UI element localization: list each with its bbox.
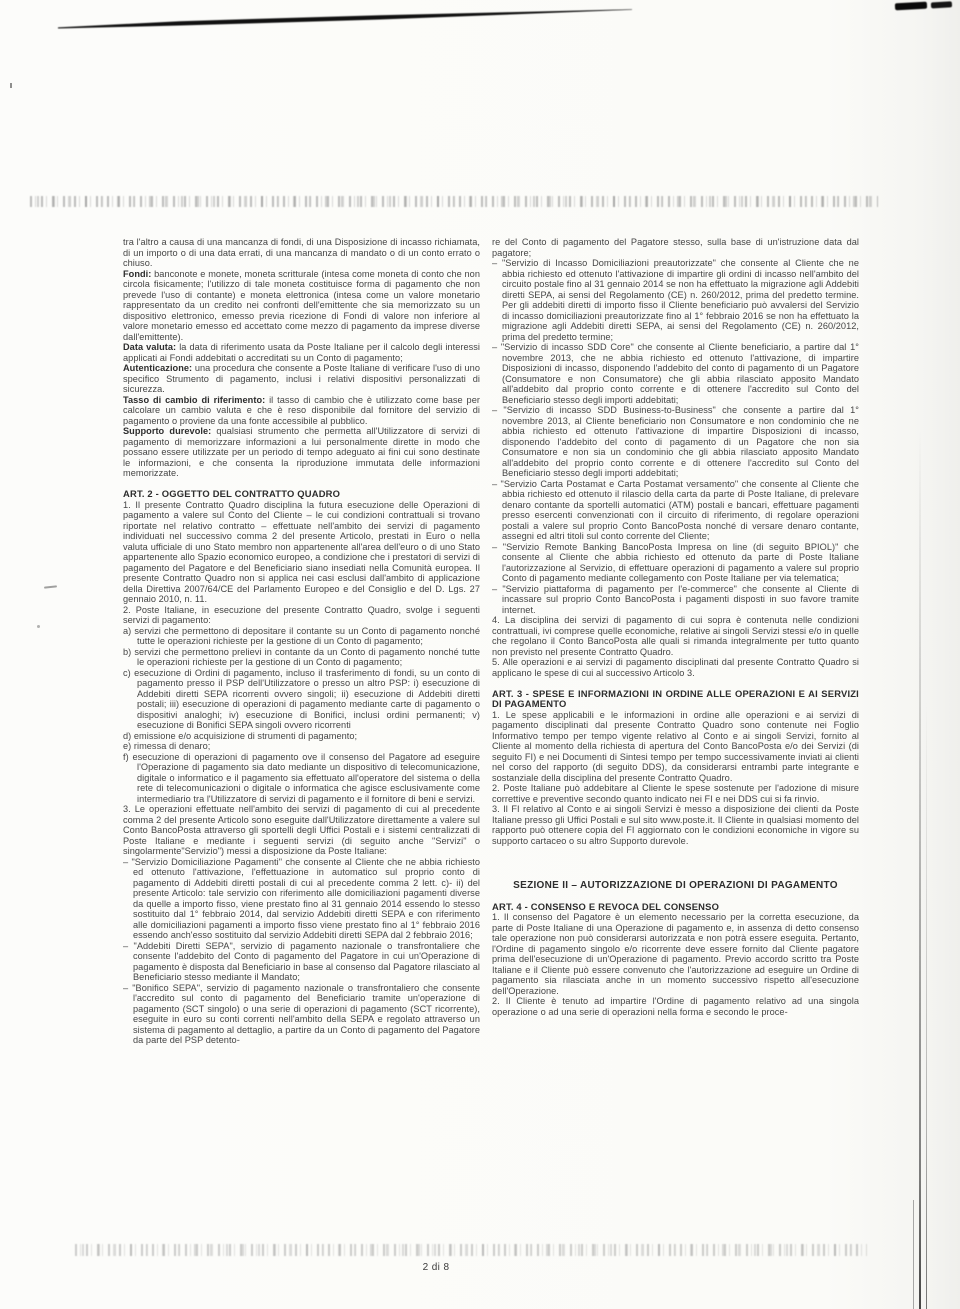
paragraph-continuation: tra l'altro a causa di una mancanza di f… xyxy=(123,237,480,269)
paragraph-art2-comma3: 3. Le operazioni effettuate nell'ambito … xyxy=(123,804,480,857)
heading-art-2: ART. 2 - OGGETTO DEL CONTRATTO QUADRO xyxy=(123,489,480,500)
definition-term: Supporto durevole: xyxy=(123,426,211,436)
definition-term: Data valuta: xyxy=(123,342,176,352)
paragraph-art4-comma2: 2. Il Cliente è tenuto ad impartire l'Or… xyxy=(492,996,859,1017)
definition-autenticazione: Autenticazione: una procedura che consen… xyxy=(123,363,480,395)
definition-fondi: Fondi: banconote e monete, moneta scritt… xyxy=(123,269,480,343)
scan-scratch-right-1 xyxy=(919,430,921,1309)
left-text-column: tra l'altro a causa di una mancanza di f… xyxy=(123,237,480,1046)
paragraph-art3-comma1: 1. Le spese applicabili e le informazion… xyxy=(492,710,859,784)
scan-scratch-right-3 xyxy=(913,1200,914,1309)
paragraph-continuation: re del Conto di pagamento del Pagatore s… xyxy=(492,237,859,258)
definition-term: Autenticazione: xyxy=(123,363,192,373)
scan-scratch-right-2 xyxy=(926,700,927,1309)
service-item-sdd-business: – "Servizio di incasso SDD Business-to-B… xyxy=(492,405,859,479)
right-text-column: re del Conto di pagamento del Pagatore s… xyxy=(492,237,859,1017)
list-item-a: a) servizi che permettono di depositare … xyxy=(123,626,480,647)
heading-art-4: ART. 4 - CONSENSO E REVOCA DEL CONSENSO xyxy=(492,902,859,913)
definition-body: la data di riferimento usata da Poste It… xyxy=(123,342,480,363)
service-item-bonifico-sepa: – "Bonifico SEPA", servizio di pagamento… xyxy=(123,983,480,1046)
definition-data-valuta: Data valuta: la data di riferimento usat… xyxy=(123,342,480,363)
heading-art-3: ART. 3 - SPESE E INFORMAZIONI IN ORDINE … xyxy=(492,689,859,710)
paragraph-art2-comma1: 1. Il presente Contratto Quadro discipli… xyxy=(123,500,480,605)
definition-term: Fondi: xyxy=(123,269,151,279)
page-number: 2 di 8 xyxy=(0,1262,872,1273)
scan-margin-speck xyxy=(10,83,12,88)
definition-body: banconote e monete, moneta scritturale (… xyxy=(123,269,480,342)
list-item-e: e) rimessa di denaro; xyxy=(123,741,480,752)
service-item-incasso-domiciliazioni: – "Servizio di Incasso Domiciliazioni pr… xyxy=(492,258,859,342)
list-item-b: b) servizi che permettono prelievi in co… xyxy=(123,647,480,668)
service-item-ecommerce: – "Servizio piattaforma di pagamento per… xyxy=(492,584,859,616)
paragraph-art2-comma2: 2. Poste Italiane, in esecuzione del pre… xyxy=(123,605,480,626)
list-item-c: c) esecuzione di Ordini di pagamento, in… xyxy=(123,668,480,731)
service-item-domiciliazione-pagamenti: – "Servizio Domiciliazione Pagamenti" ch… xyxy=(123,857,480,941)
scan-margin-dot xyxy=(37,625,40,628)
scan-noise-band-bottom xyxy=(75,1244,867,1256)
paragraph-art3-comma3: 3. Il FI relativo al Conto e ai singoli … xyxy=(492,804,859,846)
list-item-d: d) emissione e/o acquisizione di strumen… xyxy=(123,731,480,742)
service-item-carta-postamat: – "Servizio Carta Postamat e Carta Posta… xyxy=(492,479,859,542)
paragraph-art4-comma1: 1. Il consenso del Pagatore è un element… xyxy=(492,912,859,996)
definition-tasso-di-cambio: Tasso di cambio di riferimento: il tasso… xyxy=(123,395,480,427)
paragraph-art3-comma2: 2. Poste Italiane può addebitare al Clie… xyxy=(492,783,859,804)
service-item-addebiti-diretti-sepa: – "Addebiti Diretti SEPA", servizio di p… xyxy=(123,941,480,983)
paragraph-art2-comma5: 5. Alle operazioni e ai servizi di pagam… xyxy=(492,657,859,678)
scan-noise-band-top xyxy=(30,196,878,207)
definition-term: Tasso di cambio di riferimento: xyxy=(123,395,265,405)
paragraph-art2-comma4: 4. La disciplina dei servizi di pagament… xyxy=(492,615,859,657)
service-item-bpiol: – "Servizio Remote Banking BancoPosta Im… xyxy=(492,542,859,584)
list-item-f: f) esecuzione di operazioni di pagamento… xyxy=(123,752,480,805)
definition-supporto-durevole: Supporto durevole: qualsiasi strumento c… xyxy=(123,426,480,479)
scan-artifact-corner-mark xyxy=(0,0,960,16)
service-item-sdd-core: – "Servizio di incasso SDD Core" che con… xyxy=(492,342,859,405)
scan-margin-dash xyxy=(44,585,57,588)
scanned-contract-page: tra l'altro a causa di una mancanza di f… xyxy=(0,0,960,1309)
heading-sezione-2: SEZIONE II – AUTORIZZAZIONE DI OPERAZION… xyxy=(498,880,853,892)
